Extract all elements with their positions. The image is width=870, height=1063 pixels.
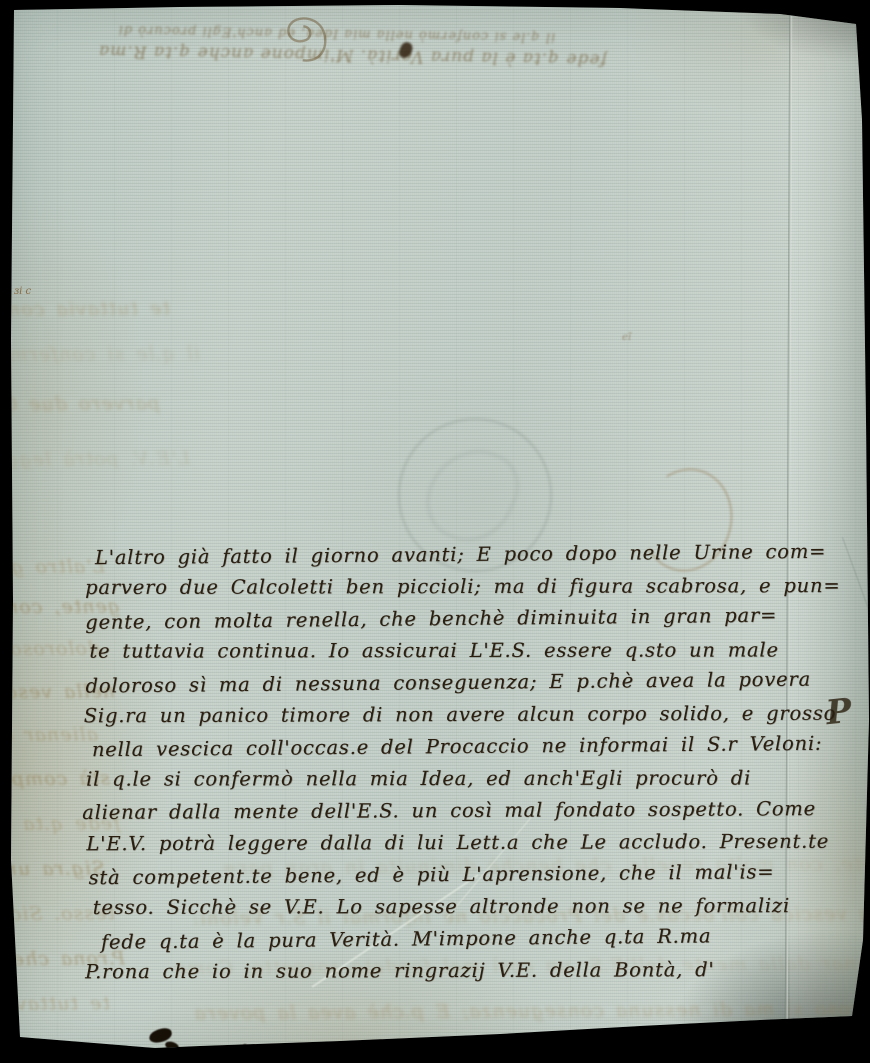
letter-line: il q.le si confermò nella mia Idea, ed a… bbox=[86, 766, 826, 799]
ink-blot bbox=[243, 1044, 247, 1047]
ink-blot bbox=[164, 1040, 180, 1052]
ink-blot bbox=[229, 1048, 234, 1052]
stray-ink-mark: ɜi c bbox=[14, 286, 31, 297]
letter-body-text: L'altro già fatto il giorno avanti; E po… bbox=[85, 541, 827, 993]
letter-line: fede q.ta è la pura Verità. M'impone anc… bbox=[101, 923, 827, 963]
letter-line: P.rona che io in suo nome ringrazij V.E.… bbox=[85, 958, 827, 993]
letter-line: Sig.ra un panico timore di non avere alc… bbox=[84, 702, 826, 737]
paper-watermark-figure bbox=[415, 435, 530, 555]
docket-note-inverted: fede q.ta è la pura Verità. M'impone anc… bbox=[184, 2, 615, 87]
letter-page: te tuttavia continua. Io assicurai L'E.S… bbox=[0, 0, 870, 1063]
letter-line: L'E.V. potrà leggere dalla di lui Lett.a… bbox=[86, 830, 826, 865]
letter-line: stà competent.te bene, ed è più L'aprens… bbox=[88, 860, 826, 898]
letter-line: L'altro già fatto il giorno avanti; E po… bbox=[95, 540, 825, 578]
ink-blot bbox=[195, 1048, 204, 1053]
letter-line: parvero due Calcoletti ben piccioli; ma … bbox=[85, 574, 825, 608]
letter-line: doloroso sì ma di nessuna conseguenza; E… bbox=[85, 667, 825, 706]
letter-line: tesso. Sicchè se V.E. Lo sapesse altrond… bbox=[93, 894, 827, 928]
docket-flourish-loop bbox=[273, 12, 334, 65]
photograph-background: te tuttavia continua. Io assicurai L'E.S… bbox=[0, 0, 870, 1063]
letter-line: gente, con molta renella, che benchè dim… bbox=[85, 603, 825, 643]
letter-line: nella vescica coll'occas.e del Procaccio… bbox=[92, 732, 826, 770]
letter-line: alienar dalla mente dell'E.S. un così ma… bbox=[82, 797, 826, 833]
stray-ink-mark: eĩ bbox=[622, 332, 631, 343]
letter-line: te tuttavia continua. Io assicurai L'E.S… bbox=[89, 638, 825, 671]
